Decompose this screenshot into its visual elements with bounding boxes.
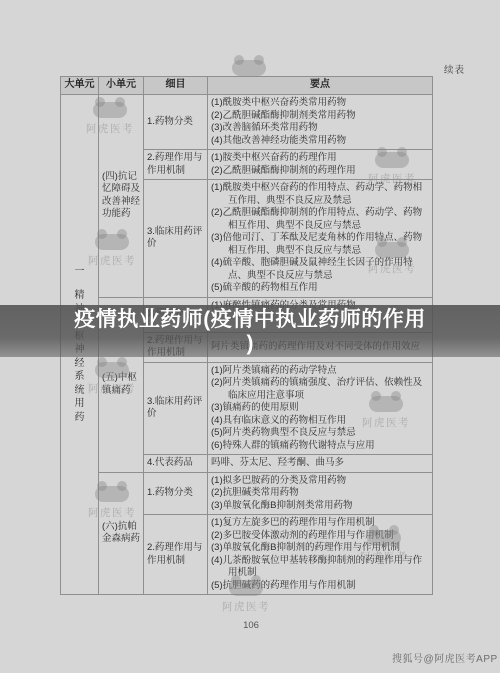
table-header-row: 大单元 小单元 细目 要点 xyxy=(61,77,433,95)
point-line: (3)单胺氧化酶B抑制剂的药理作用与作用机制 xyxy=(211,542,429,555)
point-line: (4)具有临床意义的药物相互作用 xyxy=(211,415,429,428)
table-row: (六)抗帕金森病药 1.药物分类 (1)拟多巴胺药的分类及常用药物 (2)抗胆碱… xyxy=(61,472,433,515)
point-line: 吗啡、芬太尼、羟考酮、曲马多 xyxy=(211,457,429,470)
point-line: (5)硫辛酸的药物相互作用 xyxy=(211,282,429,295)
continued-table-label: 续表 xyxy=(444,62,465,76)
item-cell: 4.代表药品 xyxy=(144,455,208,473)
point-line: (2)多巴胺受体激动剂的药理作用与作用机制 xyxy=(211,530,429,543)
tiger-logo-icon xyxy=(230,54,268,78)
points-cell: (1)胺类中枢兴奋药的药理作用 (2)乙酰胆碱酯酶抑制剂的药理作用 xyxy=(208,150,433,180)
overlay-title-line2: ) xyxy=(0,332,500,356)
table-row: 一 精神中枢神经系统用药 (四)抗记忆障碍及改善神经功能药 1.药物分类 (1)… xyxy=(61,95,433,150)
point-line: (1)复方左旋多巴的药理作用与作用机制 xyxy=(211,517,429,530)
spacer xyxy=(61,278,98,289)
item-cell: 3.临床用药评价 xyxy=(144,362,208,455)
point-line: (3)倍他司汀、丁苯酞及尼麦角林的作用特点、药物相互作用、典型不良反应与禁忌 xyxy=(211,232,429,257)
point-line: (3)改善脑循环类常用药物 xyxy=(211,122,429,135)
header-detail: 细目 xyxy=(144,77,208,95)
point-line: (6)特殊人群的镇痛药物代谢特点与应用 xyxy=(211,440,429,453)
point-line: (4)硫辛酸、胞磷胆碱及鼠神经生长因子的作用特点、典型不良反应与禁忌 xyxy=(211,257,429,282)
header-major-unit: 大单元 xyxy=(61,77,99,95)
point-line: (1)胺类中枢兴奋药的药理作用 xyxy=(211,152,429,165)
point-line: (3)镇痛药的使用原则 xyxy=(211,402,429,415)
point-line: (2)乙酰胆碱酯酶抑制剂的作用特点、药动学、药物相互作用、典型不良反应与禁忌 xyxy=(211,207,429,232)
point-line: (2)乙酰胆碱酯酶抑制剂类常用药物 xyxy=(211,110,429,123)
points-cell: (1)拟多巴胺药的分类及常用药物 (2)抗胆碱类常用药物 (3)单胺氧化酶B抑制… xyxy=(208,472,433,515)
point-line: (4)其他改善神经功能类常用药物 xyxy=(211,135,429,148)
item-cell: 1.药物分类 xyxy=(144,472,208,515)
scanned-document-page: 续表 大单元 小单元 细目 要点 一 精神中枢神经系统用药 (四)抗 xyxy=(0,0,500,673)
points-cell: (1)酰胺类中枢兴奋药的作用特点、药动学、药物相互作用、典型不良反应及禁忌 (2… xyxy=(208,180,433,298)
overlay-title-line1: 疫情执业药师(疫情中执业药师的作用 xyxy=(0,307,500,332)
major-unit-numeral: 一 xyxy=(74,265,86,279)
point-line: (1)拟多巴胺药的分类及常用药物 xyxy=(211,475,429,488)
point-line: (5)抗胆碱药的药理作用与作用机制 xyxy=(211,580,429,593)
sub-unit-cell: (四)抗记忆障碍及改善神经功能药 xyxy=(99,95,144,298)
page-number: 106 xyxy=(223,620,279,631)
item-cell: 2.药理作用与作用机制 xyxy=(144,150,208,180)
point-line: (1)阿片类镇痛药的药动学特点 xyxy=(211,365,429,378)
watermark-unit xyxy=(230,54,268,78)
point-line: (3)单胺氧化酶B抑制剂类常用药物 xyxy=(211,500,429,513)
point-line: (1)酰胺类中枢兴奋药类常用药物 xyxy=(211,97,429,110)
header-sub-unit: 小单元 xyxy=(99,77,144,95)
overlay-banner: 疫情执业药师(疫情中执业药师的作用 ) xyxy=(0,305,500,357)
points-cell: (1)阿片类镇痛药的药动学特点 (2)阿片类镇痛药的镇痛强度、治疗评估、依赖性及… xyxy=(208,362,433,455)
point-line: (4)儿茶酚胺氧位甲基转移酶抑制剂的药理作用与作用机制 xyxy=(211,555,429,580)
points-cell: 吗啡、芬太尼、羟考酮、曲马多 xyxy=(208,455,433,473)
point-line: (5)阿片类药物典型不良反应与禁忌 xyxy=(211,427,429,440)
point-line: (2)阿片类镇痛药的镇痛强度、治疗评估、依赖性及临床应用注意事项 xyxy=(211,377,429,402)
footer-credit: 搜狐号@阿虎医考APP xyxy=(392,650,498,665)
item-cell: 1.药物分类 xyxy=(144,95,208,150)
point-line: (2)乙酰胆碱酯酶抑制剂的药理作用 xyxy=(211,165,429,178)
sub-unit-cell: (六)抗帕金森病药 xyxy=(99,472,144,595)
watermark-text: 阿虎医考 xyxy=(222,599,270,614)
header-keypoints: 要点 xyxy=(208,77,433,95)
points-cell: (1)复方左旋多巴的药理作用与作用机制 (2)多巴胺受体激动剂的药理作用与作用机… xyxy=(208,515,433,595)
points-cell: (1)酰胺类中枢兴奋药类常用药物 (2)乙酰胆碱酯酶抑制剂类常用药物 (3)改善… xyxy=(208,95,433,150)
item-cell: 3.临床用药评价 xyxy=(144,180,208,298)
point-line: (1)酰胺类中枢兴奋药的作用特点、药动学、药物相互作用、典型不良反应及禁忌 xyxy=(211,182,429,207)
point-line: (2)抗胆碱类常用药物 xyxy=(211,487,429,500)
item-cell: 2.药理作用与作用机制 xyxy=(144,515,208,595)
